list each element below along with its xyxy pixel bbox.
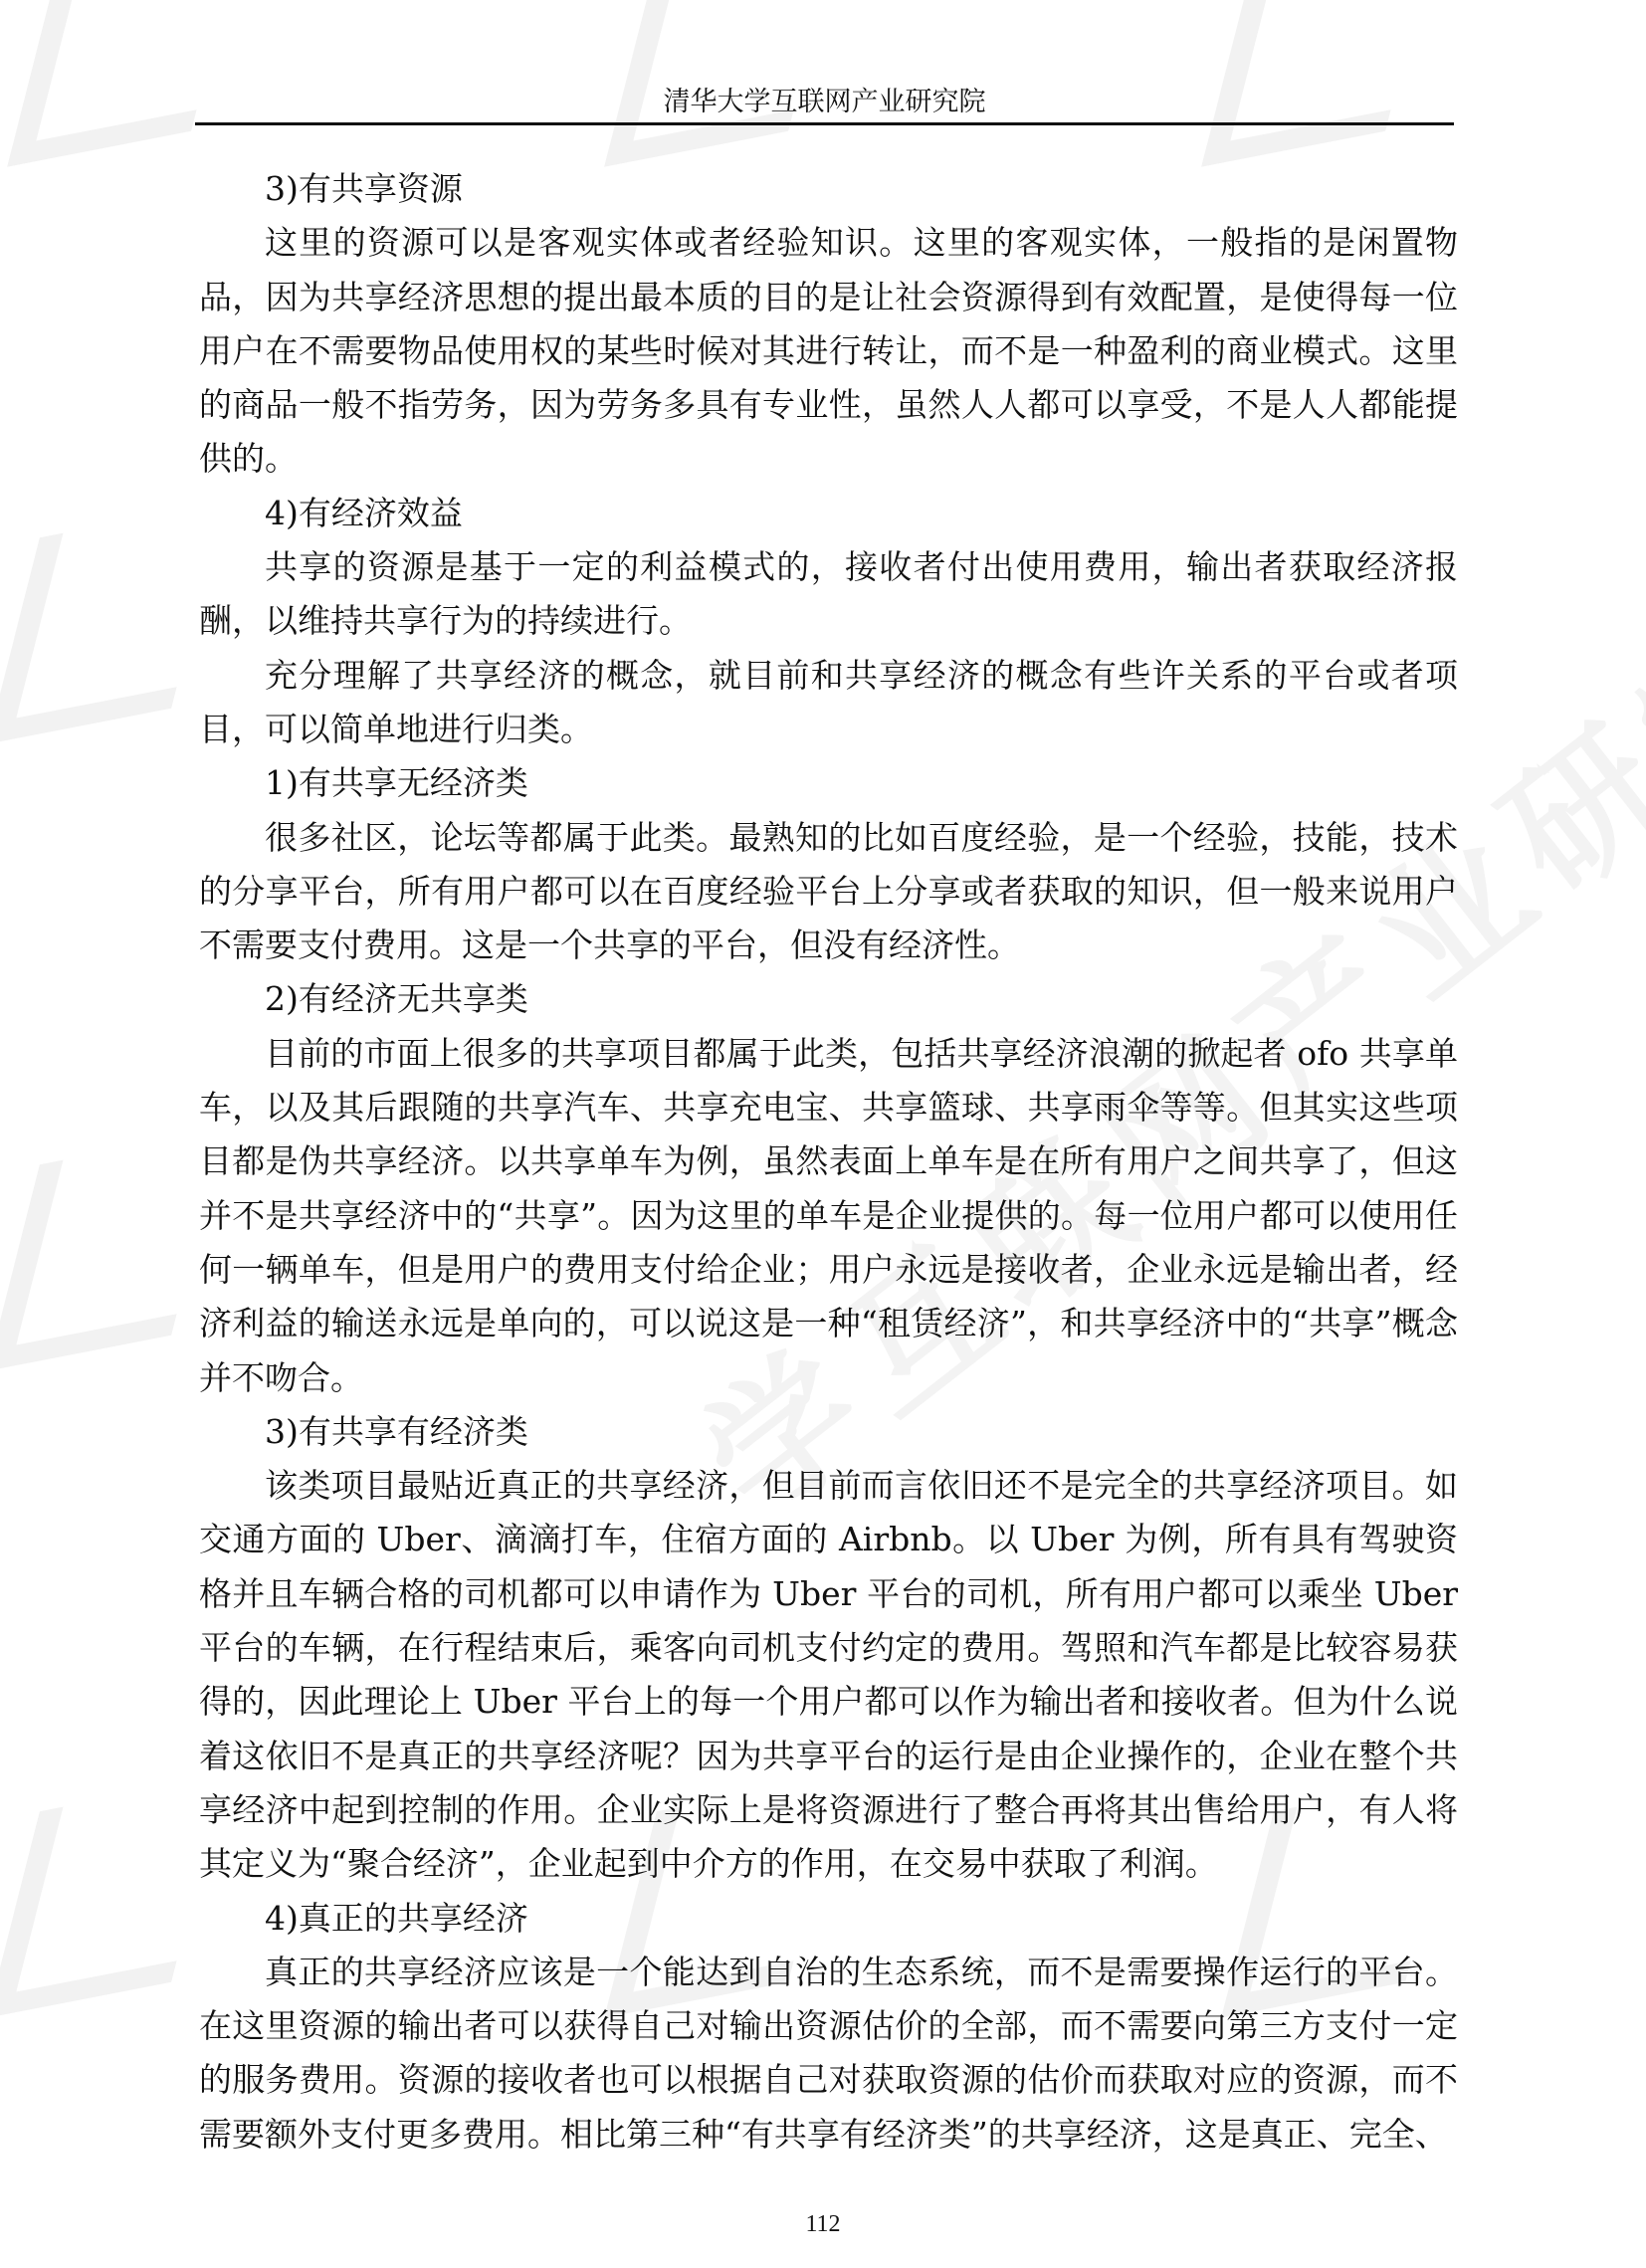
watermark-logo-icon <box>0 1775 224 2017</box>
section-heading: 4)有经济效益 <box>199 487 1458 540</box>
watermark-logo-icon <box>1201 0 1438 167</box>
paragraph: 很多社区，论坛等都属于此类。最熟知的比如百度经验，是一个经验，技能，技术的分享平… <box>199 811 1458 973</box>
paragraph: 充分理解了共享经济的概念，就目前和共享经济的概念有些许关系的平台或者项目，可以简… <box>199 649 1458 757</box>
paragraph: 该类项目最贴近真正的共享经济，但目前而言依旧还不是完全的共享经济项目。如交通方面… <box>199 1459 1458 1891</box>
watermark-logo-icon <box>0 1129 224 1370</box>
paragraph: 这里的资源可以是客观实体或者经验知识。这里的客观实体，一般指的是闲置物品，因为共… <box>199 216 1458 486</box>
section-heading: 2)有经济无共享类 <box>199 972 1458 1026</box>
document-body: 3)有共享资源 这里的资源可以是客观实体或者经验知识。这里的客观实体，一般指的是… <box>199 162 1458 2162</box>
header-rule <box>195 122 1454 125</box>
paragraph: 共享的资源是基于一定的利益模式的，接收者付出使用费用，输出者获取经济报酬，以维持… <box>199 540 1458 649</box>
paragraph: 目前的市面上很多的共享项目都属于此类，包括共享经济浪潮的掀起者 ofo 共享单车… <box>199 1027 1458 1405</box>
section-heading: 3)有共享资源 <box>199 162 1458 216</box>
page-number: 112 <box>0 2211 1646 2238</box>
watermark-logo-icon <box>7 0 244 167</box>
paragraph: 真正的共享经济应该是一个能达到自治的生态系统，而不是需要操作运行的平台。在这里资… <box>199 1946 1458 2162</box>
watermark-logo-icon <box>604 0 841 167</box>
section-heading: 4)真正的共享经济 <box>199 1892 1458 1946</box>
section-heading: 3)有共享有经济类 <box>199 1405 1458 1459</box>
watermark-logo-icon <box>0 502 224 743</box>
section-heading: 1)有共享无经济类 <box>199 756 1458 810</box>
page-header: 清华大学互联网产业研究院 <box>195 88 1454 117</box>
